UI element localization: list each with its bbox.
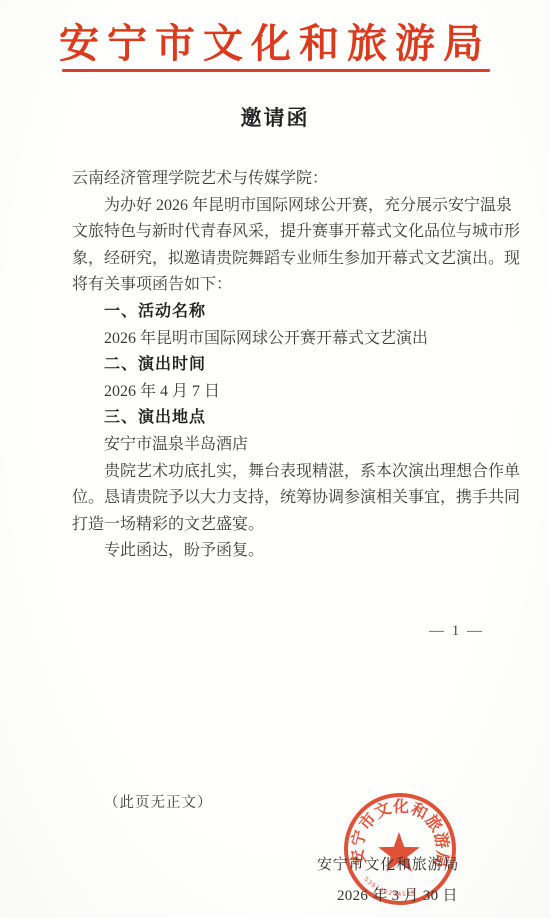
body-line: 为办好 2026 年昆明市国际网球公开赛，充分展示安宁温泉 <box>72 193 482 220</box>
body-line: 位。恳请贵院予以大力支持，统筹协调参演相关事宜，携手共同 <box>72 485 482 512</box>
section-heading: 一、活动名称 <box>72 299 482 326</box>
document-title: 邀请函 <box>0 102 550 132</box>
body-line: 文旅特色与新时代青春风采，提升赛事开幕式文化品位与城市形 <box>72 219 482 246</box>
no-body-text-note: （此页无正文） <box>104 791 213 812</box>
letter-body: 云南经济管理学院艺术与传媒学院：为办好 2026 年昆明市国际网球公开赛，充分展… <box>72 166 482 565</box>
body-line: 贵院艺术功底扎实，舞台表现精湛，系本次演出理想合作单 <box>72 459 482 486</box>
body-line: 专此函达，盼予函复。 <box>72 538 482 565</box>
signature-date: 2026 年 3 月 30 日 <box>337 884 458 905</box>
body-line: 2026 年昆明市国际网球公开赛开幕式文艺演出 <box>72 326 482 353</box>
body-line: 安宁市温泉半岛酒店 <box>72 432 482 459</box>
signature-agency-name: 安宁市文化和旅游局 <box>317 853 459 874</box>
section-heading: 二、演出时间 <box>72 352 482 379</box>
body-line: 象，经研究，拟邀请贵院舞蹈专业师生参加开幕式文艺演出。现 <box>72 246 482 273</box>
scanned-letter-page: 安宁市文化和旅游局 邀请函 云南经济管理学院艺术与传媒学院：为办好 2026 年… <box>0 0 550 918</box>
body-line: 2026 年 4 月 7 日 <box>72 379 482 406</box>
body-line: 将有关事项函告如下： <box>72 272 482 299</box>
letterhead-divider-rule <box>62 69 490 72</box>
body-line: 云南经济管理学院艺术与传媒学院： <box>72 166 482 193</box>
body-line: 打造一场精彩的文艺盛宴。 <box>72 512 482 539</box>
section-heading: 三、演出地点 <box>72 405 482 432</box>
page-number: — 1 — <box>429 623 484 640</box>
agency-letterhead: 安宁市文化和旅游局 <box>0 12 550 69</box>
